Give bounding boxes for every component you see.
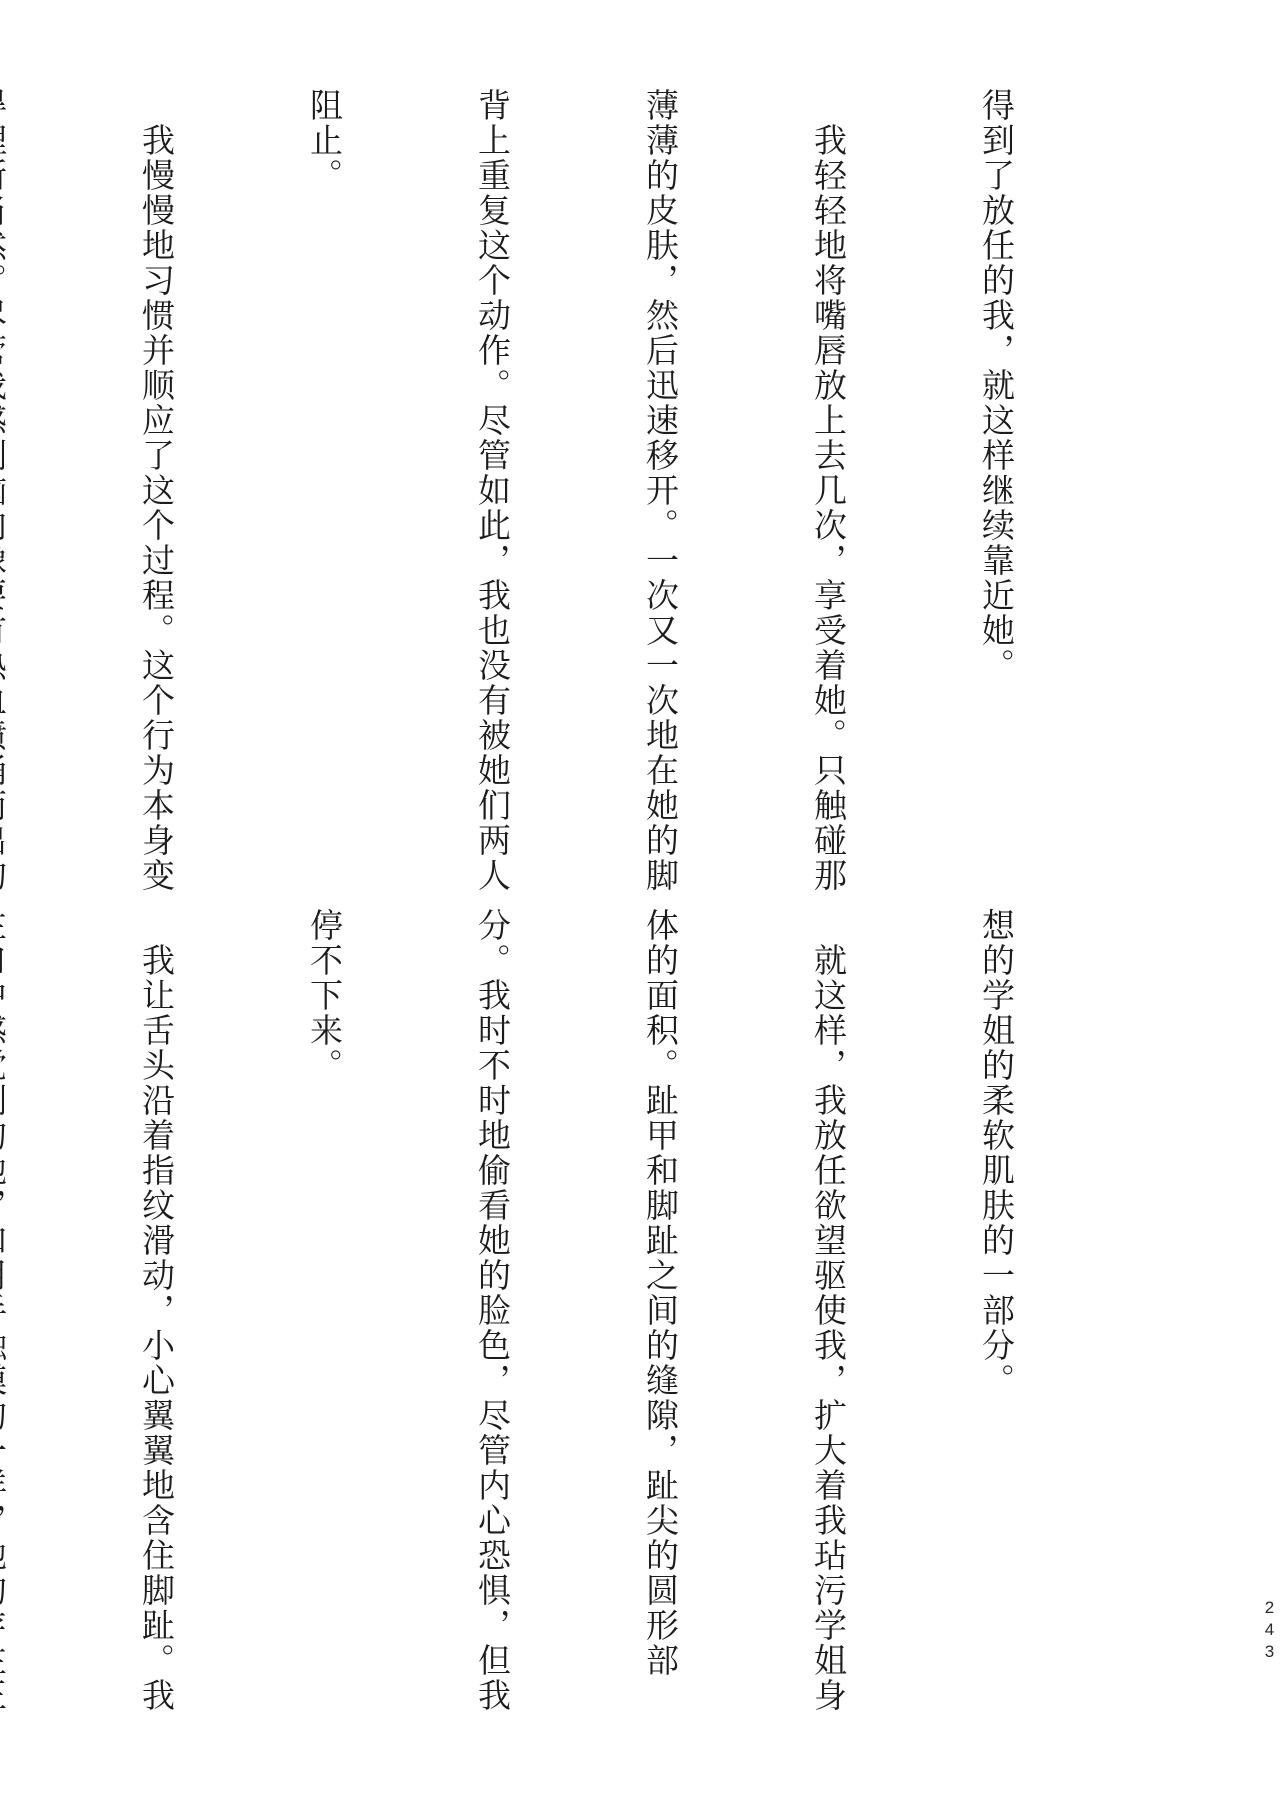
text-column: 阻止。: [295, 88, 351, 900]
bottom-text-block: 想的学姐的柔软肌肤的一部分。 就这样，我放任欲望驱使我，扩大着我玷污学姐身 体的…: [0, 908, 1135, 1720]
text-column: 我轻轻地将嘴唇放上去几次，享受着她。只触碰那: [799, 88, 855, 900]
text-column: 在口中感觉到的她，和用手触摸的一样，她的存在正: [0, 908, 15, 1720]
text-column: 得到了放任的我，就这样继续靠近她。: [967, 88, 1023, 900]
text-column: 体的面积。趾甲和脚趾之间的缝隙，趾尖的圆形部: [631, 908, 687, 1720]
text-column: 停不下来。: [295, 908, 351, 1720]
page-number: 243: [1261, 1598, 1278, 1664]
text-column: 我让舌头沿着指纹滑动，小心翼翼地含住脚趾。我: [127, 908, 183, 1720]
book-page: 得到了放任的我，就这样继续靠近她。 我轻轻地将嘴唇放上去几次，享受着她。只触碰那…: [0, 0, 1280, 1816]
text-column: 就这样，我放任欲望驱使我，扩大着我玷污学姐身: [799, 908, 855, 1720]
top-text-block: 得到了放任的我，就这样继续靠近她。 我轻轻地将嘴唇放上去几次，享受着她。只触碰那…: [0, 88, 1135, 900]
text-column: 得理所当然。尽管我感到脑内像要有热血喷涌而出的: [0, 88, 15, 900]
text-column: 想的学姐的柔软肌肤的一部分。: [967, 908, 1023, 1720]
text-column: 背上重复这个动作。尽管如此，我也没有被她们两人: [463, 88, 519, 900]
text-column: 分。我时不时地偷看她的脸色，尽管内心恐惧，但我: [463, 908, 519, 1720]
text-column: 我慢慢地习惯并顺应了这个过程。这个行为本身变: [127, 88, 183, 900]
text-column: 薄薄的皮肤，然后迅速移开。一次又一次地在她的脚: [631, 88, 687, 900]
